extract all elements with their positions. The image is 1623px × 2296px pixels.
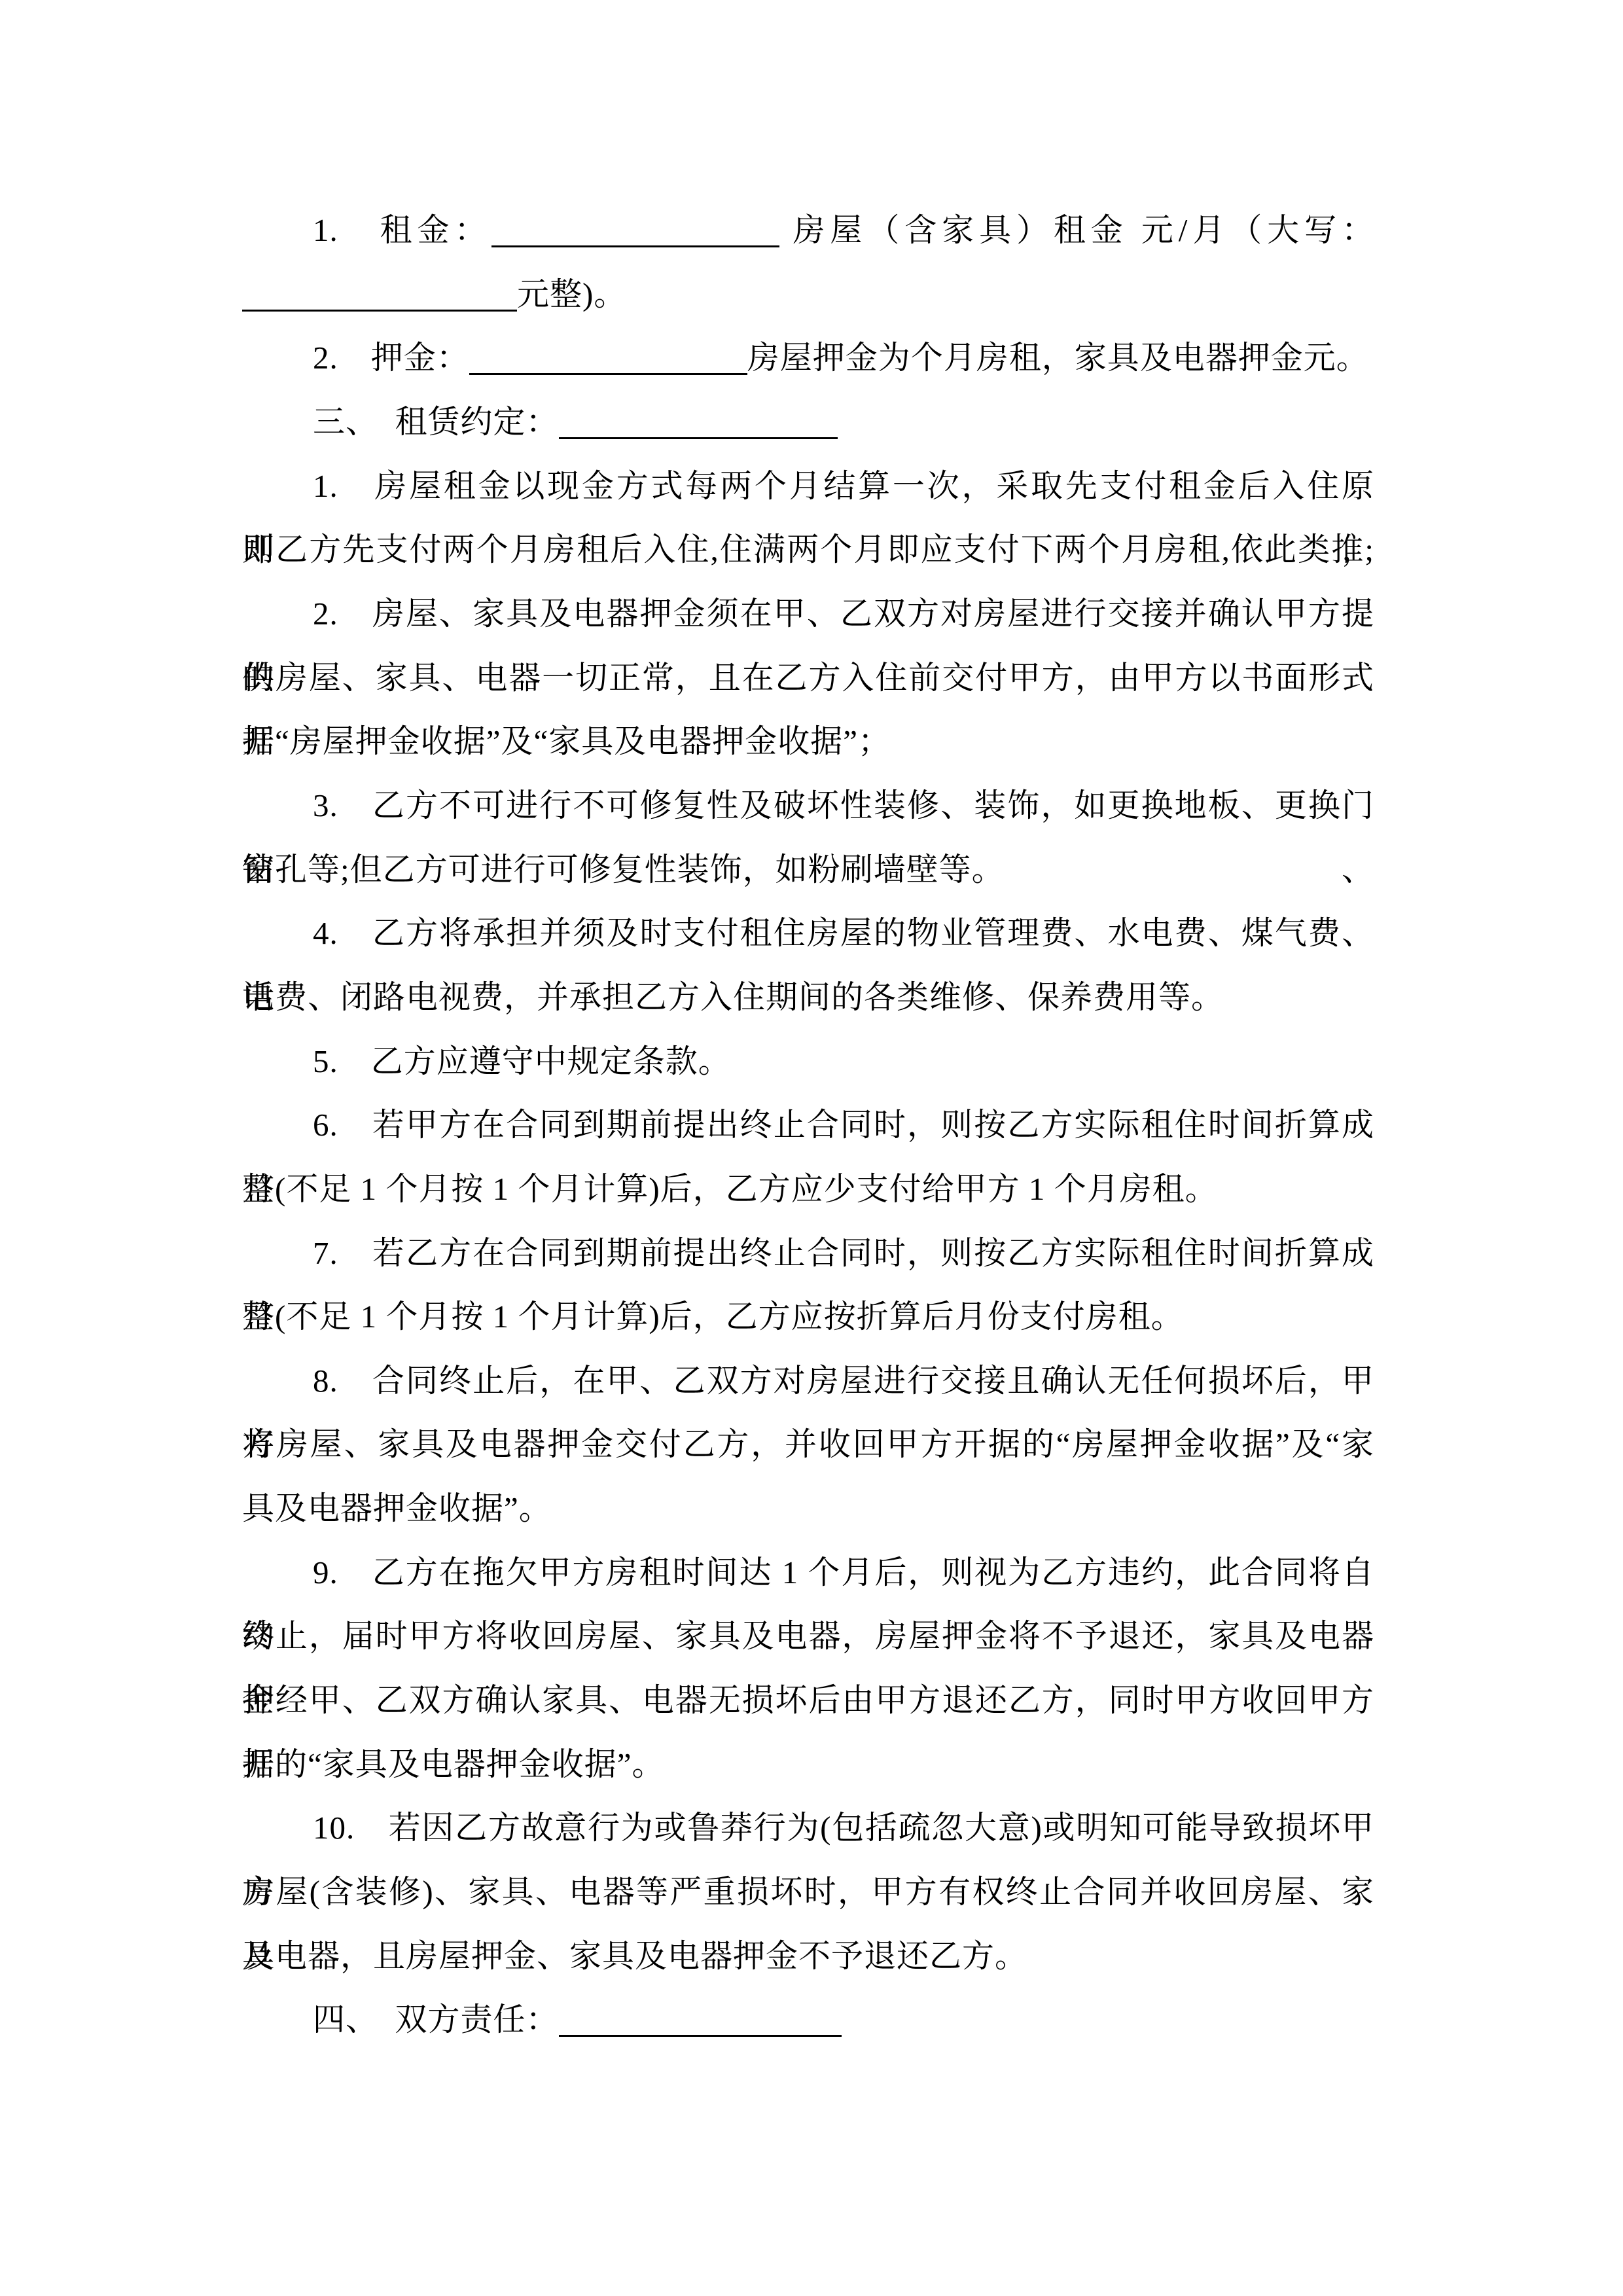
blank-field — [242, 278, 517, 312]
blank-field — [491, 213, 779, 247]
line-text: 话费、闭路电视费，并承担乙方入住期间的各类维修、保养费用等。 — [242, 979, 1224, 1015]
line-text: 及电器，且房屋押金、家具及电器押金不予退还乙方。 — [242, 1938, 1027, 1974]
line-text: 元整)。 — [517, 276, 626, 312]
document-line: 据“房屋押金收据”及“家具及电器押金收据”； — [242, 709, 1374, 774]
line-text: 四、 双方责任： — [313, 2001, 559, 2037]
document-line: 具及电器押金收据”。 — [242, 1477, 1374, 1541]
document-line: 的房屋、家具、电器一切正常，且在乙方入住前交付甲方，由甲方以书面形式开 — [242, 646, 1374, 710]
document-line: 三、 租赁约定： — [242, 390, 1374, 454]
document-line: 元整)。 — [242, 262, 1374, 327]
line-text: 将房屋、家具及电器押金交付乙方，并收回甲方开据的“房屋押金收据”及“家 — [242, 1426, 1374, 1462]
line-text: 据的“家具及电器押金收据”。 — [242, 1746, 665, 1782]
line-text: 具及电器押金收据”。 — [242, 1490, 552, 1526]
blank-field — [559, 2003, 842, 2037]
document-line: 2. 房屋、家具及电器押金须在甲、乙双方对房屋进行交接并确认甲方提供 — [242, 582, 1374, 646]
document-line: 话费、闭路电视费，并承担乙方入住期间的各类维修、保养费用等。 — [242, 965, 1374, 1030]
document-line: 10. 若因乙方故意行为或鲁莽行为(包括疏忽大意)或明知可能导致损坏甲方 — [242, 1796, 1374, 1860]
document-line: 据的“家具及电器押金收据”。 — [242, 1732, 1374, 1797]
document-line: 即乙方先支付两个月房租后入住,住满两个月即应支付下两个月房租,依此类推; — [242, 518, 1374, 582]
document-line: 1. 房屋租金以现金方式每两个月结算一次，采取先支付租金后入住原则， — [242, 454, 1374, 518]
line-text: 即乙方先支付两个月房租后入住,住满两个月即应支付下两个月房租,依此类推; — [242, 531, 1374, 567]
document-line: 月(不足 1 个月按 1 个月计算)后，乙方应少支付给甲方 1 个月房租。 — [242, 1157, 1374, 1221]
document-line: 金经甲、乙双方确认家具、电器无损坏后由甲方退还乙方，同时甲方收回甲方开 — [242, 1668, 1374, 1732]
line-text: 5. 乙方应遵守中规定条款。 — [313, 1043, 731, 1079]
document-line: 9. 乙方在拖欠甲方房租时间达 1 个月后，则视为乙方违约，此合同将自动 — [242, 1541, 1374, 1605]
document-line: 6. 若甲方在合同到期前提出终止合同时，则按乙方实际租住时间折算成整 — [242, 1093, 1374, 1157]
document-line: 终止，届时甲方将收回房屋、家具及电器，房屋押金将不予退还，家具及电器押 — [242, 1604, 1374, 1668]
document-line: 月(不足 1 个月按 1 个月计算)后，乙方应按折算后月份支付房租。 — [242, 1285, 1374, 1349]
line-text: 三、 租赁约定： — [313, 404, 559, 440]
document-line: 四、 双方责任： — [242, 1988, 1374, 2052]
document-line: 房屋(含装修)、家具、电器等严重损坏时，甲方有权终止合同并收回房屋、家具 — [242, 1860, 1374, 1924]
document-line: 将房屋、家具及电器押金交付乙方，并收回甲方开据的“房屋押金收据”及“家 — [242, 1412, 1374, 1477]
line-text: 房屋押金为个月房租，家具及电器押金元。 — [747, 340, 1369, 376]
line-text: 1. 租金： — [313, 212, 491, 248]
line-text: 房屋（含家具）租金 元/月（大写： — [779, 212, 1374, 248]
document-line: 3. 乙方不可进行不可修复性及破坏性装修、装饰，如更换地板、更换门窗、 — [242, 774, 1374, 838]
document-line: 7. 若乙方在合同到期前提出终止合同时，则按乙方实际租住时间折算成整 — [242, 1221, 1374, 1285]
document-line: 及电器，且房屋押金、家具及电器押金不予退还乙方。 — [242, 1924, 1374, 1988]
contract-text-block: 1. 租金： 房屋（含家具）租金 元/月（大写：元整)。2. 押金：房屋押金为个… — [242, 198, 1374, 2052]
document-line: 2. 押金：房屋押金为个月房租，家具及电器押金元。 — [242, 326, 1374, 390]
line-text: 月(不足 1 个月按 1 个月计算)后，乙方应按折算后月份支付房租。 — [242, 1299, 1184, 1335]
blank-field — [559, 405, 838, 439]
line-text: 月(不足 1 个月按 1 个月计算)后，乙方应少支付给甲方 1 个月房租。 — [242, 1171, 1218, 1207]
line-text: 据“房屋押金收据”及“家具及电器押金收据”； — [242, 723, 891, 759]
blank-field — [469, 341, 747, 375]
document-line: 4. 乙方将承担并须及时支付租住房屋的物业管理费、水电费、煤气费、电 — [242, 901, 1374, 965]
document-line: 5. 乙方应遵守中规定条款。 — [242, 1030, 1374, 1094]
document-line: 1. 租金： 房屋（含家具）租金 元/月（大写： — [242, 198, 1374, 262]
contract-page: 1. 租金： 房屋（含家具）租金 元/月（大写：元整)。2. 押金：房屋押金为个… — [0, 0, 1623, 2296]
line-text: 2. 押金： — [313, 340, 469, 376]
line-text: 钻孔等;但乙方可进行可修复性装饰，如粉刷墙壁等。 — [242, 852, 1005, 888]
document-line: 8. 合同终止后，在甲、乙双方对房屋进行交接且确认无任何损坏后，甲方 — [242, 1349, 1374, 1413]
